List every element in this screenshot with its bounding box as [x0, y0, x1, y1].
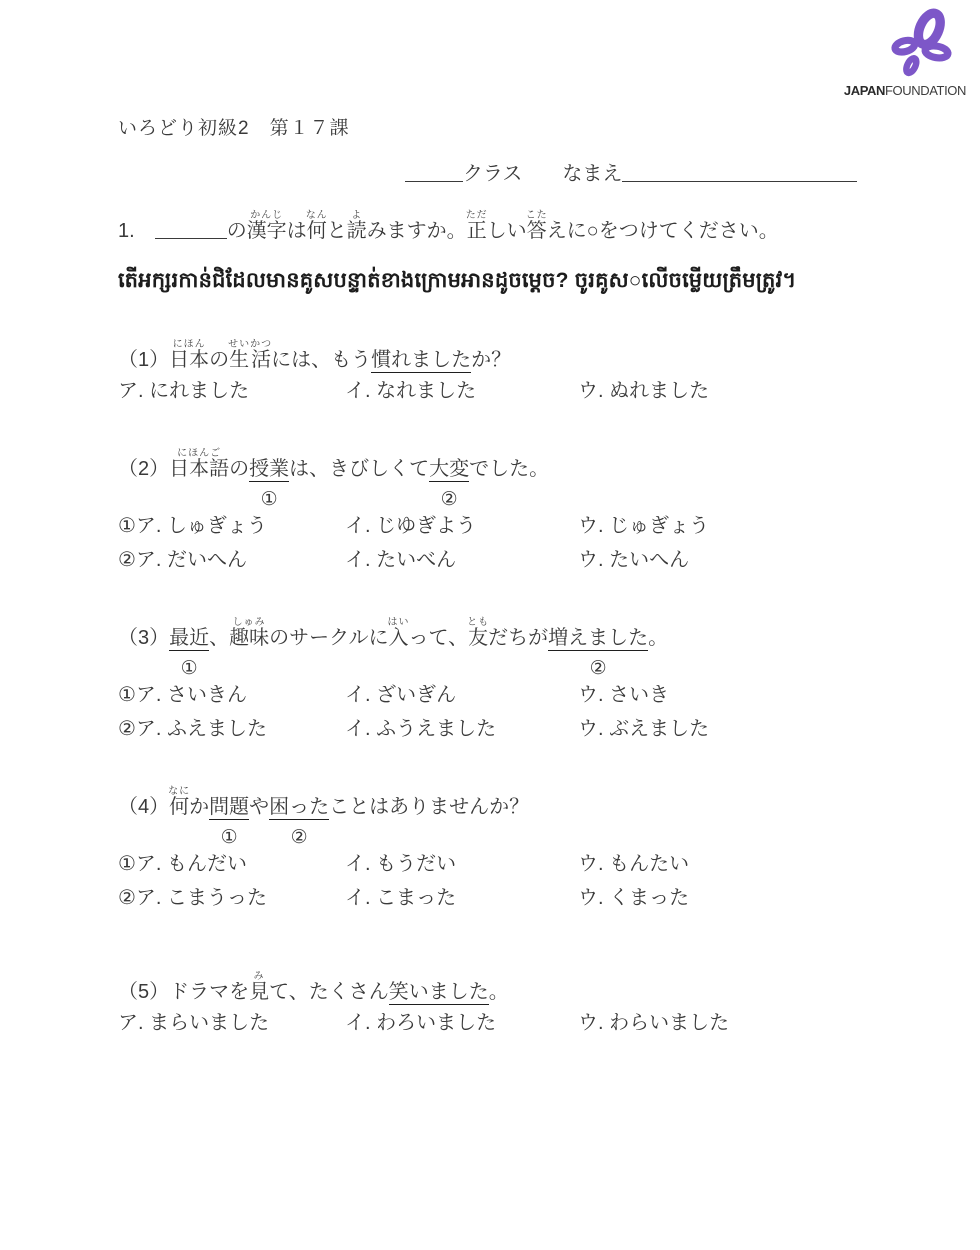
text-segment: 友: [468, 654, 488, 676]
answer-option: イ. もうだい: [345, 847, 578, 881]
text-segment: は、きびしくて: [289, 458, 429, 480]
text-segment: （4）: [118, 796, 169, 818]
text-segment: 困った②: [269, 823, 329, 845]
text-segment: のサークルに: [269, 627, 388, 649]
text-segment: のサークルに: [269, 654, 388, 676]
ruby-base: 何なん: [307, 220, 327, 242]
answer-option: ①ア. しゅぎょう: [118, 509, 345, 543]
text-segment: （4）: [118, 823, 169, 845]
underline-number-marker: ①: [181, 656, 198, 682]
text-segment: 。: [648, 654, 668, 676]
text-segment: の: [229, 485, 249, 507]
text-segment: 見み: [249, 981, 269, 1003]
ruby-base: 日本にほん: [169, 349, 209, 371]
ruby-base: 正ただ: [467, 220, 487, 242]
furigana: はい: [388, 617, 410, 628]
question-block: （5）ドラマを見みて、たくさん笑いました。ア. まらいましたイ. わろいましたウ…: [118, 965, 880, 1040]
underline-number-marker: ②: [441, 487, 458, 513]
text-segment: 正ただ: [467, 220, 487, 242]
logo-text-japan: JAPAN: [844, 83, 885, 98]
text-segment: 増えました②: [548, 654, 648, 676]
answer-option: ウ. ぬれました: [578, 374, 880, 408]
text-segment: みますか。: [367, 220, 467, 242]
marker-row: （4）何か問題①や困った②ことはありませんか？: [118, 821, 880, 847]
text-segment: しい: [487, 220, 527, 242]
text-segment: か？: [471, 349, 511, 371]
text-segment: 授業: [249, 458, 289, 482]
text-segment: 1.: [118, 220, 135, 242]
text-segment: や: [249, 796, 269, 818]
text-segment: 生活せいかつ: [229, 349, 271, 371]
instruction-line: 1. の漢字かんじは何なんと読よみますか。正ただしい答こたえに○をつけてください…: [118, 204, 880, 245]
answer-option: イ. たいべん: [345, 543, 578, 577]
text-segment: [135, 220, 155, 242]
text-segment: 。: [489, 981, 509, 1003]
answer-option: ウ. じゅぎょう: [578, 509, 880, 543]
text-segment: なまえ: [522, 163, 622, 185]
answer-option: ア. まらいました: [118, 1006, 345, 1040]
text-segment: 困った: [269, 796, 329, 820]
furigana: しゅみ: [229, 617, 269, 628]
answer-option: ウ. わらいました: [578, 1006, 880, 1040]
underline-number-marker: ①: [261, 487, 278, 513]
furigana: なに: [168, 786, 190, 797]
text-segment: 友とも: [468, 627, 488, 649]
furigana: こた: [526, 210, 548, 221]
text-segment: えに○をつけてください。: [547, 220, 779, 242]
text-segment: （2）: [118, 485, 169, 507]
text-segment: 笑いました: [389, 981, 489, 1005]
text-segment: 大変: [429, 458, 469, 482]
text-segment: 増えました: [548, 627, 648, 651]
answer-option: イ. ざいぎん: [345, 678, 578, 712]
answer-option: イ. なれました: [345, 374, 578, 408]
question-block: （3）最近、趣味しゅみのサークルに入はいって、友ともだちが増えました。（3）最近…: [118, 611, 880, 746]
text-segment: 問題①: [209, 823, 249, 845]
text-segment: と: [327, 220, 347, 242]
question-sentence: （4）何なにか問題や困ったことはありませんか？: [118, 780, 880, 821]
answer-option: ①ア. もんだい: [118, 847, 345, 881]
text-segment: や: [249, 823, 269, 845]
text-segment: の: [209, 349, 229, 371]
text-segment: でした。: [469, 458, 549, 480]
option-row: ①ア. さいきんイ. ざいぎんウ. さいき: [118, 678, 880, 712]
answer-option: ②ア. ふえました: [118, 712, 345, 746]
underline-number-marker: ①: [221, 825, 238, 851]
furigana: かんじ: [247, 210, 287, 221]
text-segment: って、: [409, 627, 469, 649]
furigana: なん: [306, 210, 328, 221]
instruction-sentence: 1. の漢字かんじは何なんと読よみますか。正ただしい答こたえに○をつけてください…: [118, 204, 880, 245]
question-block: （1）日本にほんの生活せいかつには、もう慣れましたか？ア. にれましたイ. なれ…: [118, 333, 880, 408]
question-sentence: （1）日本にほんの生活せいかつには、もう慣れましたか？: [118, 333, 880, 374]
underline-number-marker: ②: [291, 825, 308, 851]
text-segment: 漢字かんじ: [247, 220, 287, 242]
option-row: ア. にれましたイ. なれましたウ. ぬれました: [118, 374, 880, 408]
text-segment: 最近: [169, 627, 209, 651]
question-sentence: （3）最近、趣味しゅみのサークルに入はいって、友ともだちが増えました。: [118, 611, 880, 652]
ruby-base: 漢字かんじ: [247, 220, 287, 242]
text-segment: 趣味しゅみ: [229, 627, 269, 649]
text-segment: （3）: [118, 627, 169, 649]
text-segment: （2）: [118, 458, 169, 480]
ruby-base: 入はい: [389, 627, 409, 649]
class-name-line: クラス なまえ: [405, 160, 880, 188]
answer-option: ウ. もんたい: [578, 847, 880, 881]
text-segment: 慣れました: [371, 349, 471, 373]
question-block: （2）日本語にほんごの授業は、きびしくて大変でした。（2）日本語の授業①は、きび…: [118, 442, 880, 577]
ruby-base: 読よ: [347, 220, 367, 242]
text-segment: 何なん: [307, 220, 327, 242]
option-row: ア. まらいましたイ. わろいましたウ. わらいました: [118, 1006, 880, 1040]
text-segment: 趣味: [229, 654, 269, 676]
butterfly-logo-icon: [888, 8, 962, 80]
answer-option: ウ. ぶえました: [578, 712, 880, 746]
answer-option: ①ア. さいきん: [118, 678, 345, 712]
text-segment: 大変②: [429, 485, 469, 507]
text-segment: は、きびしくて: [289, 485, 429, 507]
question-sentence: （2）日本語にほんごの授業は、きびしくて大変でした。: [118, 442, 880, 483]
furigana: み: [249, 971, 269, 982]
furigana: よ: [347, 210, 367, 221]
text-segment: の: [229, 458, 249, 480]
text-segment: （1）: [118, 349, 169, 371]
blank-fill-line: [155, 221, 227, 239]
text-segment: 答こた: [527, 220, 547, 242]
text-segment: か: [189, 823, 209, 845]
text-segment: 入: [389, 654, 409, 676]
text-segment: （3）: [118, 654, 169, 676]
text-segment: 読よ: [347, 220, 367, 242]
text-segment: ことはありませんか？: [329, 823, 529, 845]
worksheet-page: JAPANFOUNDATION いろどり初級2 第１７課 クラス なまえ 1. …: [0, 0, 980, 1250]
text-segment: て、たくさん: [269, 981, 389, 1003]
text-segment: 日本語: [169, 485, 229, 507]
worksheet-content: いろどり初級2 第１７課 クラス なまえ 1. の漢字かんじは何なんと読よみます…: [0, 0, 980, 1040]
marker-row: （2）日本語の授業①は、きびしくて大変②でした。: [118, 483, 880, 509]
ruby-base: 何なに: [169, 796, 189, 818]
answer-option: イ. ふうえました: [345, 712, 578, 746]
text-segment: 日本にほん: [169, 349, 209, 371]
text-segment: 最近①: [169, 654, 209, 676]
answer-option: ア. にれました: [118, 374, 345, 408]
text-segment: （5）: [118, 981, 169, 1003]
ruby-base: 答こた: [527, 220, 547, 242]
page-title: いろどり初級2 第１７課: [118, 118, 880, 140]
blank-fill-line: [622, 164, 857, 182]
text-segment: 日本語にほんご: [169, 458, 229, 480]
questions-list: （1）日本にほんの生活せいかつには、もう慣れましたか？ア. にれましたイ. なれ…: [118, 333, 880, 1040]
text-segment: 問題: [209, 796, 249, 820]
text-segment: 何なに: [169, 796, 189, 818]
text-segment: 入はい: [389, 627, 409, 649]
text-segment: は: [287, 220, 307, 242]
option-row: ②ア. こまうったイ. こまったウ. くまった: [118, 881, 880, 915]
text-segment: クラス: [463, 163, 522, 185]
option-row: ①ア. しゅぎょうイ. じゆぎようウ. じゅぎょう: [118, 509, 880, 543]
ruby-base: 日本語にほんご: [169, 458, 229, 480]
ruby-base: 見み: [249, 981, 269, 1003]
answer-option: ウ. たいへん: [578, 543, 880, 577]
furigana: にほんご: [169, 448, 229, 459]
answer-option: イ. こまった: [345, 881, 578, 915]
text-segment: 、: [209, 654, 229, 676]
text-segment: 。: [648, 627, 668, 649]
furigana: せいかつ: [228, 339, 272, 350]
text-segment: の: [227, 220, 247, 242]
question-block: （4）何なにか問題や困ったことはありませんか？（4）何か問題①や困った②ことはあ…: [118, 780, 880, 915]
text-segment: ことはありませんか？: [329, 796, 529, 818]
text-segment: 何: [169, 823, 189, 845]
answer-option: ②ア. だいへん: [118, 543, 345, 577]
answer-option: イ. じゆぎよう: [345, 509, 578, 543]
text-segment: 、: [209, 627, 229, 649]
answer-option: ウ. さいき: [578, 678, 880, 712]
text-segment: か: [189, 796, 209, 818]
option-row: ②ア. だいへんイ. たいべんウ. たいへん: [118, 543, 880, 577]
text-segment: だちが: [488, 627, 548, 649]
furigana: とも: [467, 617, 489, 628]
answer-option: ウ. くまった: [578, 881, 880, 915]
text-segment: 授業①: [249, 485, 289, 507]
text-segment: だちが: [488, 654, 548, 676]
blank-fill-line: [405, 164, 463, 182]
option-row: ①ア. もんだいイ. もうだいウ. もんたい: [118, 847, 880, 881]
logo-wordmark: JAPANFOUNDATION: [836, 83, 966, 98]
text-segment: でした。: [469, 485, 549, 507]
text-segment: には、もう: [271, 349, 371, 371]
ruby-base: 生活せいかつ: [229, 349, 271, 371]
text-segment: ドラマを: [169, 981, 249, 1003]
ruby-base: 友とも: [468, 627, 488, 649]
furigana: にほん: [169, 339, 209, 350]
furigana: ただ: [466, 210, 488, 221]
marker-row: （3）最近①、趣味のサークルに入って、友だちが増えました②。: [118, 652, 880, 678]
instruction-khmer: តើអក្សរកាន់ជិដែលមានគូសបន្ទាត់ខាងក្រោមអាន…: [118, 263, 880, 299]
option-row: ②ア. ふえましたイ. ふうえましたウ. ぶえました: [118, 712, 880, 746]
answer-option: ②ア. こまうった: [118, 881, 345, 915]
question-sentence: （5）ドラマを見みて、たくさん笑いました。: [118, 965, 880, 1006]
japan-foundation-logo: JAPANFOUNDATION: [836, 8, 966, 98]
text-segment: って、: [409, 654, 469, 676]
answer-option: イ. わろいました: [345, 1006, 578, 1040]
logo-text-foundation: FOUNDATION: [885, 83, 966, 98]
ruby-base: 趣味しゅみ: [229, 627, 269, 649]
underline-number-marker: ②: [590, 656, 607, 682]
